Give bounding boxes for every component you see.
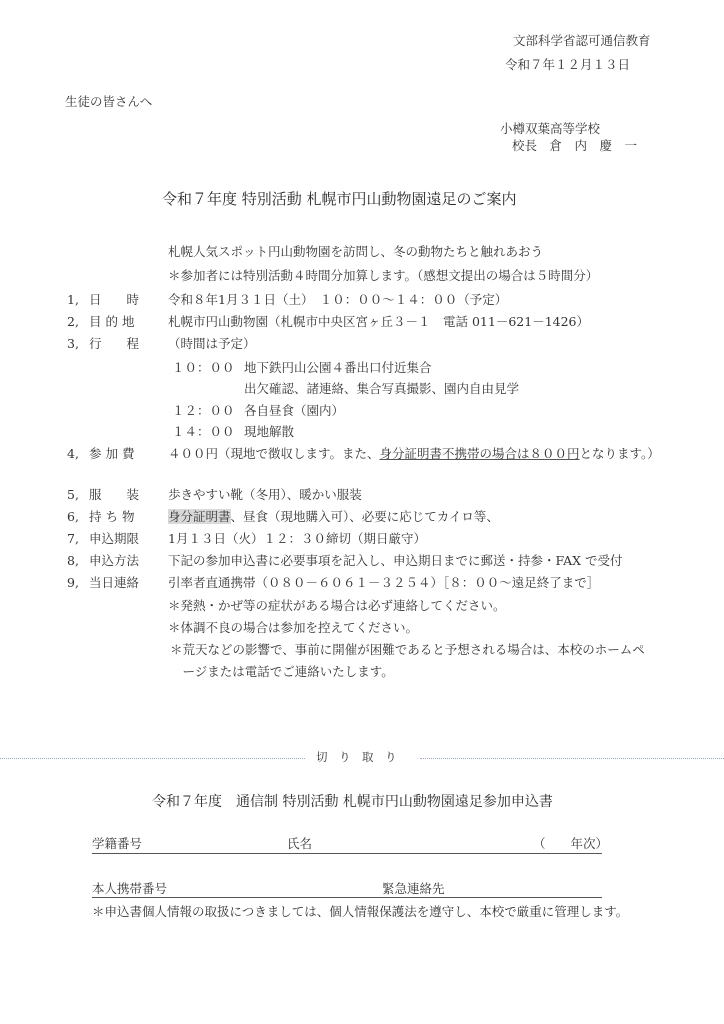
item-label: 申込期限: [89, 533, 168, 546]
cut-label: 切 り 取 り: [316, 752, 397, 764]
item-belongings: 6,持 ち 物身分証明書、昼食（現地購入可）、必要に応じてカイロ等、: [67, 511, 499, 524]
school-name: 小樽双葉高等学校: [500, 123, 600, 136]
item-value: 歩きやすい靴（冬用）、暖かい服装: [168, 487, 362, 502]
note-line: ージまたは電話でご連絡いたします。: [170, 666, 394, 679]
student-info-field[interactable]: [92, 853, 602, 854]
item-number: 9,: [67, 577, 89, 590]
item-contact: 9,当日連絡引率者直通携帯（０８０－６０６１－３２５４）［８：００〜遠足終了まで…: [67, 577, 599, 590]
intro-line: ＊参加者には特別活動４時間分加算します。（感想文提出の場合は５時間分）: [168, 270, 598, 283]
schedule-row: １２：００各自昼食（園内）: [172, 405, 344, 418]
item-label: 当日連絡: [89, 577, 168, 590]
recipient: 生徒の皆さんへ: [65, 96, 152, 109]
item-number: 4,: [67, 448, 89, 461]
schedule-row: １４：００現地解散: [172, 426, 294, 439]
item-value: 1月１３日（火）１２：３０締切（期日厳守）: [168, 531, 426, 546]
schedule-text: 出欠確認、諸連絡、集合写真撮影、園内自由見学: [244, 381, 519, 396]
item-number: 8,: [67, 555, 89, 568]
item-number: 1,: [67, 294, 89, 307]
item-deadline: 7,申込期限1月１３日（火）１２：３０締切（期日厳守）: [67, 533, 426, 546]
schedule-text: 各自昼食（園内）: [244, 403, 344, 418]
note-line: ＊荒天などの影響で、事前に開催が困難であると予想される場合は、本校のホームペ: [170, 644, 645, 657]
privacy-note: ＊申込書個人情報の取扱につきましては、個人情報保護法を遵守し、本校で厳重に管理し…: [92, 906, 628, 919]
note-line: ＊発熱・かぜ等の症状がある場合は必ず連絡してください。: [168, 600, 506, 613]
item-number: 3,: [67, 338, 89, 351]
item-label: 目 的 地: [89, 316, 168, 329]
schedule-time: １０：００: [172, 362, 244, 375]
note-line: ＊体調不良の場合は参加を控えてください。: [168, 622, 418, 635]
item-value: 、昼食（現地購入可）、必要に応じてカイロ等、: [231, 509, 499, 524]
item-number: 7,: [67, 533, 89, 546]
item-label: 持 ち 物: [89, 511, 168, 524]
page-title: 令和７年度 特別活動 札幌市円山動物園遠足のご案内: [162, 192, 517, 207]
certification-text: 文部科学省認可通信教育: [513, 35, 651, 48]
schedule-time: １２：００: [172, 405, 244, 418]
item-value-underlined: 身分証明書不携帯の場合は８００円: [380, 446, 580, 461]
name-label: 氏名: [287, 838, 312, 851]
emergency-label: 緊急連絡先: [382, 883, 445, 896]
item-number: 6,: [67, 511, 89, 524]
item-number: 5,: [67, 489, 89, 502]
item-date: 1,日 時令和８年1月３１日（土） １０：００〜１４：００（予定）: [67, 294, 507, 307]
item-value: 引率者直通携帯（０８０－６０６１－３２５４）［８：００〜遠足終了まで］: [168, 575, 599, 590]
grade-label: （ 年次）: [533, 838, 608, 851]
item-method: 8,申込方法下記の参加申込書に必要事項を記入し、申込期日までに郵送・持参・FAX…: [67, 555, 623, 568]
principal-name: 校長 倉 内 慶 一: [512, 140, 637, 153]
schedule-text: 地下鉄円山公園４番出口付近集合: [244, 360, 432, 375]
cut-line-right: [420, 758, 724, 759]
mobile-label: 本人携帯番号: [92, 883, 167, 896]
item-label: 申込方法: [89, 555, 168, 568]
item-value-highlighted: 身分証明書: [168, 509, 231, 524]
schedule-row: 出欠確認、諸連絡、集合写真撮影、園内自由見学: [244, 383, 519, 396]
item-schedule: 3,行 程（時間は予定）: [67, 338, 256, 351]
item-label: 服 装: [89, 489, 168, 502]
item-value: となります。）: [580, 446, 660, 461]
item-number: 2,: [67, 316, 89, 329]
schedule-text: 現地解散: [244, 424, 294, 439]
document-date: 令和７年１２月１３日: [505, 59, 630, 72]
item-destination: 2,目 的 地札幌市円山動物園（札幌市中央区宮ヶ丘３－１ 電話 011－621－…: [67, 316, 589, 329]
form-title: 令和７年度 通信制 特別活動 札幌市円山動物園遠足参加申込書: [152, 795, 553, 809]
contact-info-field[interactable]: [92, 897, 602, 898]
item-label: 行 程: [89, 338, 168, 351]
item-value: ４００円（現地で徴収します。また、: [168, 446, 380, 461]
schedule-row: １０：００地下鉄円山公園４番出口付近集合: [172, 362, 432, 375]
item-value: 札幌市円山動物園（札幌市中央区宮ヶ丘３－１ 電話 011－621－1426）: [168, 314, 589, 329]
student-id-label: 学籍番号: [92, 838, 142, 851]
item-fee: 4,参 加 費４００円（現地で徴収します。また、身分証明書不携帯の場合は８００円…: [67, 448, 660, 461]
item-note: （時間は予定）: [168, 336, 256, 351]
schedule-time: １４：００: [172, 426, 244, 439]
intro-line: 札幌人気スポット円山動物園を訪問し、冬の動物たちと触れあおう: [168, 246, 543, 259]
item-value: 令和８年1月３１日（土） １０：００〜１４：００（予定）: [168, 292, 507, 307]
item-label: 参 加 費: [89, 448, 168, 461]
item-clothing: 5,服 装歩きやすい靴（冬用）、暖かい服装: [67, 489, 362, 502]
item-label: 日 時: [89, 294, 168, 307]
item-value: 下記の参加申込書に必要事項を記入し、申込期日までに郵送・持参・FAX で受付: [168, 553, 623, 568]
cut-line-left: [0, 758, 305, 759]
